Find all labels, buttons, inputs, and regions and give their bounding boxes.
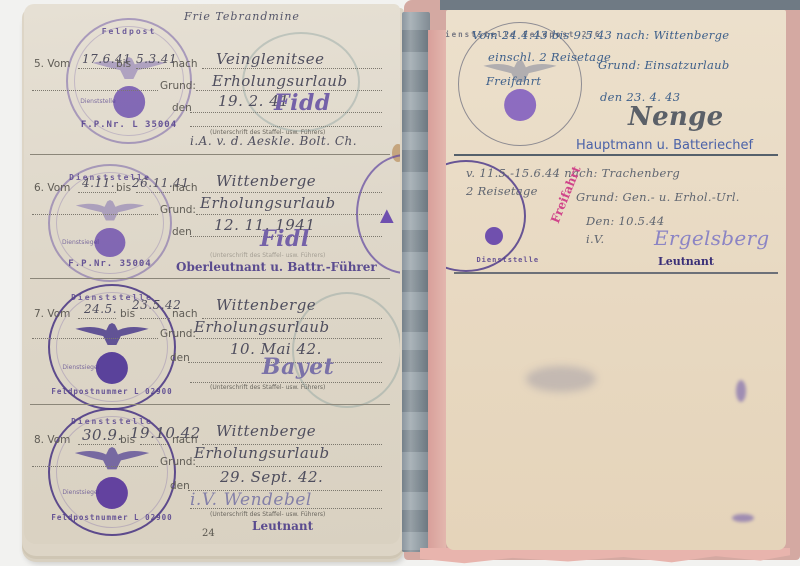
entry-5-to: 5.3.41	[136, 52, 177, 66]
r-entry-2-signature: Ergelsberg	[654, 226, 769, 250]
ink-smudge	[732, 514, 754, 522]
page-number: 24	[202, 528, 215, 539]
torn-edge	[420, 548, 790, 566]
entry-5-note: i.A. v. d. Aeskle. Bolt. Ch.	[190, 134, 357, 148]
r-entry-1-line-1: Vom 24.4.43 bis 9.5.43 nach: Wittenberge	[472, 28, 729, 42]
wreath-icon	[96, 352, 128, 384]
entry-5-reason: Erholungsurlaub	[212, 72, 348, 90]
entry-6-signature: Fidl	[260, 226, 310, 252]
cover-edge	[440, 0, 800, 10]
ink-smudge	[736, 380, 746, 402]
entry-5-destination: Veinglenitsee	[216, 50, 325, 68]
header-note: Frie Tebrandmine	[184, 10, 300, 23]
entry-5-signature: Fidd	[274, 90, 331, 116]
left-page: Frie Tebrandmine Feldpost Dienststelle F…	[24, 4, 400, 544]
eagle-icon	[66, 323, 158, 345]
entry-6-from: 4.11.	[82, 176, 115, 190]
entry-6-reason: Erholungsurlaub	[200, 194, 336, 212]
entry-8-destination: Wittenberge	[216, 422, 316, 440]
entry-8-date: 29. Sept. 42.	[220, 468, 323, 486]
r-entry-2-rank: Leutnant	[658, 255, 714, 268]
stamp-number: F.P.Nr. L 35004	[81, 120, 177, 130]
entry-8-reason: Erholungsurlaub	[194, 444, 330, 462]
r-entry-2-den: Den: 10.5.44	[586, 214, 664, 228]
r-entry-2-iv: i.V.	[586, 232, 604, 246]
right-page: Dienststelle Feldpost 276 Vom 24.4.43 bi…	[446, 10, 786, 550]
eagle-icon	[66, 200, 155, 221]
entry-8-from: 30.9.	[82, 426, 123, 444]
entry-7-from: 24.5.	[84, 302, 117, 316]
ink-smudge	[526, 366, 596, 392]
entry-8-signature: i.V. Wendebel	[190, 490, 312, 510]
entry-6-destination: Wittenberge	[216, 172, 316, 190]
wreath-icon	[94, 228, 125, 258]
entry-6-rank: Oberleutnant u. Battr.-Führer	[176, 260, 377, 274]
r-entry-1-rank: Hauptmann u. Batteriechef	[576, 138, 753, 153]
entry-7-destination: Wittenberge	[216, 296, 316, 314]
r-entry-1-note: Freifahrt	[486, 74, 541, 88]
r-entry-1-signature: Nenge	[628, 102, 723, 132]
wreath-icon	[504, 89, 536, 121]
pink-page-edge	[428, 30, 446, 550]
entry-8-rank: Leutnant	[252, 519, 313, 533]
r-entry-1-line-2: einschl. 2 Reisetage	[488, 50, 611, 64]
entry-7-signature: Bayet	[262, 354, 334, 380]
stamp-top-text: Feldpost	[102, 27, 157, 36]
book-spine	[402, 12, 430, 552]
r-entry-1-grund: Grund: Einsatzurlaub	[598, 58, 730, 72]
r-entry-2-line-2: 2 Reisetage	[466, 184, 538, 198]
r-entry-2-grund: Grund: Gen.- u. Erhol.-Url.	[576, 190, 740, 204]
entry-7-reason: Erholungsurlaub	[194, 318, 330, 336]
